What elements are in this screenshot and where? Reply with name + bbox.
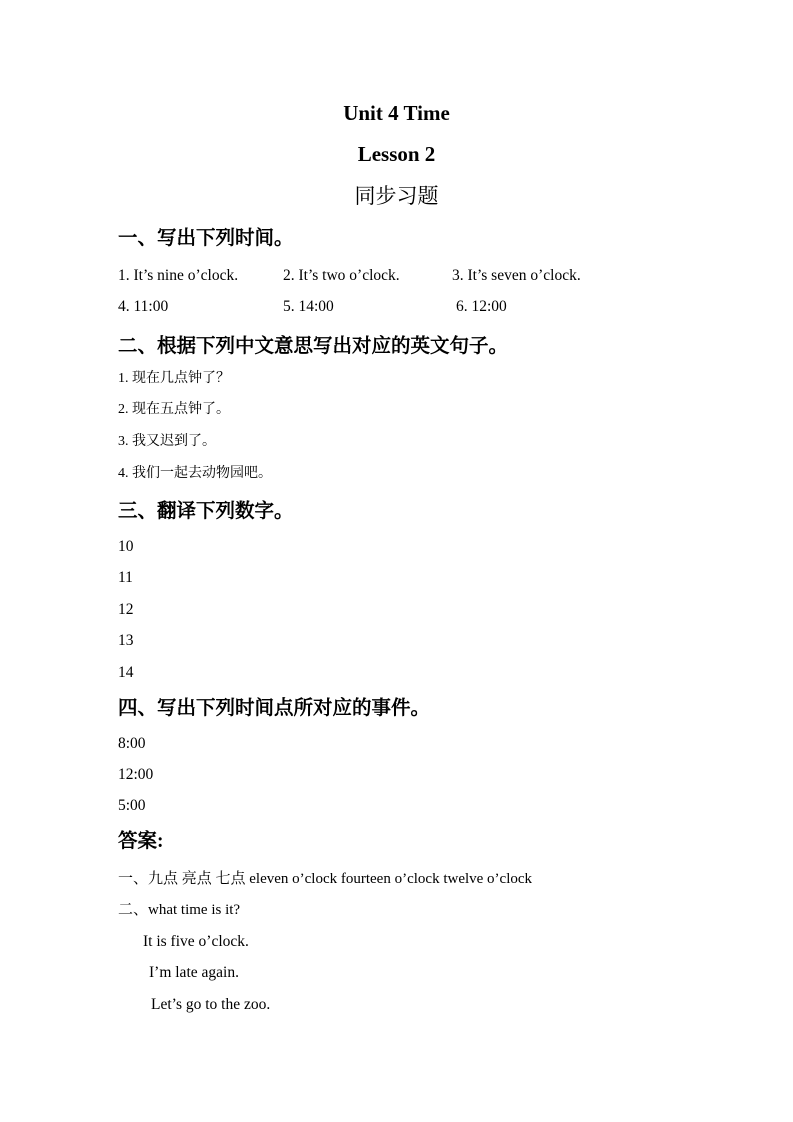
- section3-item-1: 10: [118, 538, 134, 557]
- section2-heading: 二、根据下列中文意思写出对应的英文句子。: [118, 335, 508, 358]
- section2-item-2: 2. 现在五点钟了。: [118, 402, 230, 419]
- section4-item-1: 8:00: [118, 735, 146, 754]
- section1-item-2: 2. It’s two o’clock.: [283, 267, 400, 286]
- section3-heading: 三、翻译下列数字。: [118, 500, 294, 523]
- answers-line-1: 一、九点 亮点 七点 eleven o’clock fourteen o’clo…: [118, 870, 532, 888]
- section1-heading: 一、写出下列时间。: [118, 227, 294, 250]
- unit-title: Unit 4 Time: [0, 101, 793, 126]
- section3-item-2: 11: [118, 569, 133, 588]
- answers-line-4: I’m late again.: [149, 964, 239, 983]
- section2-item-4: 4. 我们一起去动物园吧。: [118, 466, 272, 483]
- answers-heading: 答案:: [118, 830, 164, 853]
- answers-line-2: 二、what time is it?: [118, 901, 240, 919]
- section2-item-1: 1. 现在几点钟了？: [118, 371, 230, 388]
- section4-item-2: 12:00: [118, 766, 153, 785]
- section4-heading: 四、写出下列时间点所对应的事件。: [118, 697, 430, 720]
- section1-item-6: 6. 12:00: [456, 298, 507, 317]
- section3-item-5: 14: [118, 664, 134, 683]
- section1-item-3: 3. It’s seven o’clock.: [452, 267, 581, 286]
- section4-item-3: 5:00: [118, 797, 146, 816]
- answers-line-3: It is five o’clock.: [143, 933, 249, 952]
- answers-line-5: Let’s go to the zoo.: [151, 996, 270, 1015]
- section3-item-4: 13: [118, 632, 134, 651]
- worksheet-subtitle: 同步习题: [0, 184, 793, 209]
- section3-item-3: 12: [118, 601, 134, 620]
- lesson-title: Lesson 2: [0, 142, 793, 167]
- worksheet-page: Unit 4 Time Lesson 2 同步习题 一、写出下列时间。 1. I…: [0, 0, 793, 1122]
- section1-item-5: 5. 14:00: [283, 298, 334, 317]
- section1-item-1: 1. It’s nine o’clock.: [118, 267, 238, 286]
- section2-item-3: 3. 我又迟到了。: [118, 434, 216, 451]
- section1-item-4: 4. 11:00: [118, 298, 168, 317]
